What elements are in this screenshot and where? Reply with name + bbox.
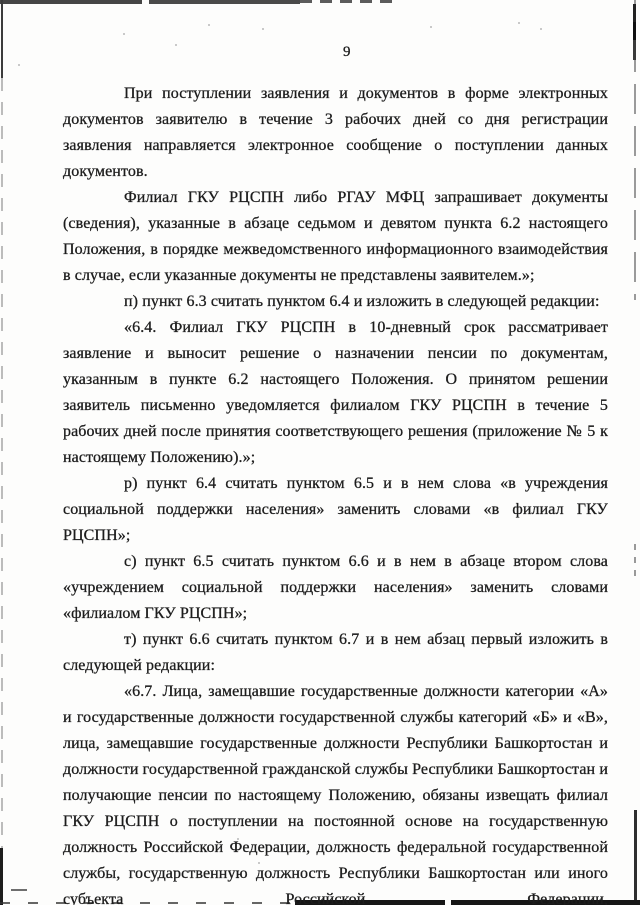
page-number: 9 [343, 44, 351, 61]
paragraph-clause-6-4: «6.4. Филиал ГКУ РЦСПН в 10-дневный срок… [63, 315, 608, 471]
scan-artifact-right-edge [634, 0, 636, 300]
scan-speck [518, 22, 520, 24]
scan-artifact-top-bar [0, 0, 300, 4]
scan-artifact-right-edge-bottom [634, 810, 637, 905]
scan-artifact-right-edge-dark [633, 4, 636, 60]
document-body: При поступлении заявления и документов в… [63, 81, 608, 905]
scan-artifact-top-bar-dashes [300, 0, 398, 3]
paragraph-item-s: с) пункт 6.5 считать пунктом 6.6 и в нем… [63, 549, 608, 627]
scan-speck [208, 24, 210, 26]
document-page: 9 При поступлении заявления и документов… [0, 0, 640, 905]
paragraph-clause-6-7: «6.7. Лица, замещавшие государственные д… [63, 679, 608, 905]
paragraph-branch-request: Филиал ГКУ РЦСПН либо РГАУ МФЦ запрашива… [63, 185, 608, 289]
scan-artifact-left-edge-bottom [0, 848, 3, 905]
scan-artifact-left-edge-dark [1, 0, 3, 78]
scan-artifact-right-edge-mid [634, 544, 636, 576]
paragraph-item-p: п) пункт 6.3 считать пунктом 6.4 и излож… [63, 289, 608, 315]
paragraph-intro-electronic: При поступлении заявления и документов в… [63, 81, 608, 185]
scan-artifact-left-edge [1, 78, 3, 848]
scan-speck [175, 44, 177, 46]
paragraph-item-t: т) пункт 6.6 считать пунктом 6.7 и в нем… [63, 627, 608, 679]
scan-speck [540, 28, 542, 30]
scan-speck [123, 33, 125, 35]
paragraph-item-r: р) пункт 6.4 считать пунктом 6.5 и в нем… [63, 471, 608, 549]
scan-artifact-stray-dash [11, 889, 27, 891]
scan-speck [262, 28, 264, 30]
scan-speck [430, 26, 432, 28]
scan-speck [18, 64, 20, 66]
